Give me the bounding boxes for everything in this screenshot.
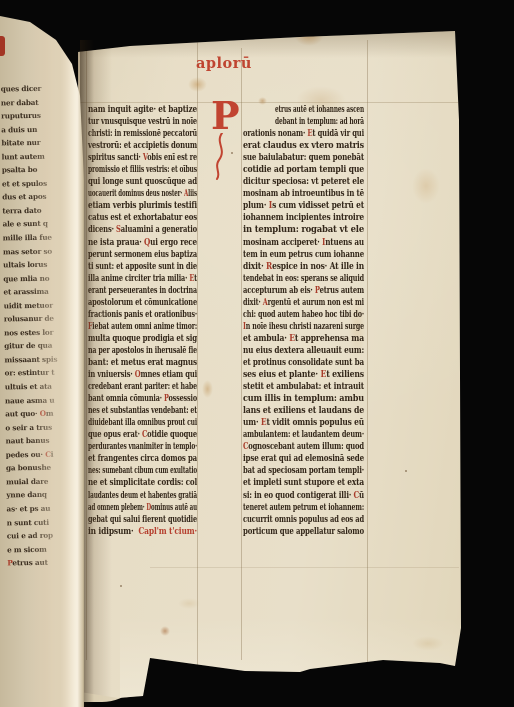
edge-text-line: mas setor so [3,246,61,260]
text-line: si: in eo quod contigerat illi· Cū [243,490,364,502]
edge-text-line: as· et ps au [6,504,64,518]
edge-text-line: Petrus aut [7,558,65,572]
edge-text-line: nos estes lor [4,327,62,341]
edge-text-line: mille illa fue [3,233,61,247]
edge-text-line: o seir a trus [5,422,63,436]
text-line: ses eius et plante· Et exiliens [243,369,364,381]
speck [120,585,122,587]
text-line: chi: quod autem habeo hoc tibi do· [243,309,364,321]
text-line: debant in templum: ad horā [243,116,364,128]
text-line: teneret autem petrum et iohannem: [243,502,364,514]
edge-text-line: et et spulos [2,178,60,192]
edge-text-line: dus et apos [2,192,60,206]
edge-text-line: gitur de qua [4,341,62,355]
page-bottom-highlight [120,617,480,707]
manuscript-photo: aplorū nam inquit agite· et baptizetur v… [0,0,514,707]
text-line: cucurrit omnis populus ad eos ad [243,514,364,526]
text-line: et impleti sunt stupore et exta [243,477,364,489]
edge-text-line: n sunt cuti [7,517,65,531]
text-line: erat claudus ex vtero matris [243,140,364,152]
text-line: nu eius dextera alleuauit eum: [243,345,364,357]
stain [202,380,213,398]
ruling-line [150,567,459,568]
edge-text-line: uidit metuor [4,300,62,314]
text-line: in templum: rogabat vt ele [243,224,364,236]
text-line: bat ad speciosam portam templi· [243,465,364,477]
text-line: ambulantem: et laudantem deum· [243,429,364,441]
text-line: tendebat in eos: sperans se aliquid [243,273,364,285]
stain [412,168,440,204]
speck [405,470,407,472]
text-line: iohannem incipientes introire [243,212,364,224]
initial-p: P [211,99,240,133]
edge-text-line: missaant spis [4,355,62,369]
red-initial-sliver [0,36,5,56]
ruling-line [80,102,459,103]
text-line: sue baiulabatur: quem ponebāt [243,152,364,164]
text-line: mosinam ab introeuntibus in tē [243,188,364,200]
running-title: aplorū [196,55,252,72]
text-column-right: etrus autē et iohannes ascendebant in te… [243,104,364,538]
edge-text-line: pedes ou· Ci [6,449,64,463]
text-line: um· Et vidit omnis populus eū [243,417,364,429]
edge-text-line: ga bonushe [6,463,64,477]
edge-text-line: et arassima [3,287,61,301]
initial-flourish [212,133,230,181]
text-line: plum· Is cum vidisset petrū et [243,200,364,212]
page-top-shadow [0,28,514,58]
text-line: tem in eum petrus cum iohanne [243,249,364,261]
edge-text-line: muial dare [6,476,64,490]
edge-text-line: naue asma u [5,395,63,409]
edge-text-line: ner dabat [1,97,59,111]
edge-text-line: terra dato [2,206,60,220]
edge-text-line: ynne danq [6,490,64,504]
text-line: mosinam acciperet· Intuens au [243,237,364,249]
edge-text-line: ruputurus [1,111,59,125]
text-line: etrus autē et iohannes ascen [243,104,364,116]
chapter-rubric: Capl'm t'cium· [138,527,197,537]
edge-text-line: ultuis et ata [5,382,63,396]
edge-text-line: aut quo· Om [5,409,63,423]
stain [343,19,358,30]
text-line: lans et exiliens et laudans de [243,405,364,417]
edge-text-line: cui e ad rop [7,531,65,545]
ruling-line [241,48,242,660]
text-line: et ambula· Et apprehensa ma [243,333,364,345]
edge-text-line: e m sicom [7,544,65,558]
text-line: cum illis in templum: ambu [243,393,364,405]
text-line: accepturum ab eis· Petrus autem [243,285,364,297]
edge-text-line: ultais lorus [3,260,61,274]
text-line: In noīe ihesu christi nazareni surge [243,321,364,333]
edge-text-line: rolusanur de [4,314,62,328]
text-line: et protinus consolidate sunt ba [243,357,364,369]
left-page-partial-text: ques dicerner dabatruputurusa duis unbit… [1,84,66,572]
text-line: dicitur speciosa: vt peteret ele [243,176,364,188]
edge-text-line: naut banus [6,436,64,450]
speck [231,152,233,154]
edge-text-line: bitate nur [1,138,59,152]
edge-text-line: ques dicer [1,84,59,98]
edge-text-line: a duis un [1,124,59,138]
left-page-edge: ques dicerner dabatruputurusa duis unbit… [0,0,86,707]
text-line: stetit et ambulabat: et intrauit [243,381,364,393]
text-line: orationis nonam· Et quidā vir qui [243,128,364,140]
edge-text-line: que mlia no [3,273,61,287]
text-line: Cognoscebant autem illum: quod [243,441,364,453]
text-line: cotidie ad portam templi que [243,164,364,176]
edge-text-line: ale e sunt q [2,219,60,233]
edge-text-line: lunt autem [2,151,60,165]
text-line: dixit· Argentū et aurum non est mi [243,297,364,309]
text-line: dixit· Respice in nos· At ille in [243,261,364,273]
ruling-line [367,40,368,665]
text-line: ipse erat qui ad elemosinā sede [243,453,364,465]
edge-text-line: psalta bo [2,165,60,179]
edge-text-line: or: estintur t [5,368,63,382]
text-line: porticum que appellatur salomo [243,526,364,538]
